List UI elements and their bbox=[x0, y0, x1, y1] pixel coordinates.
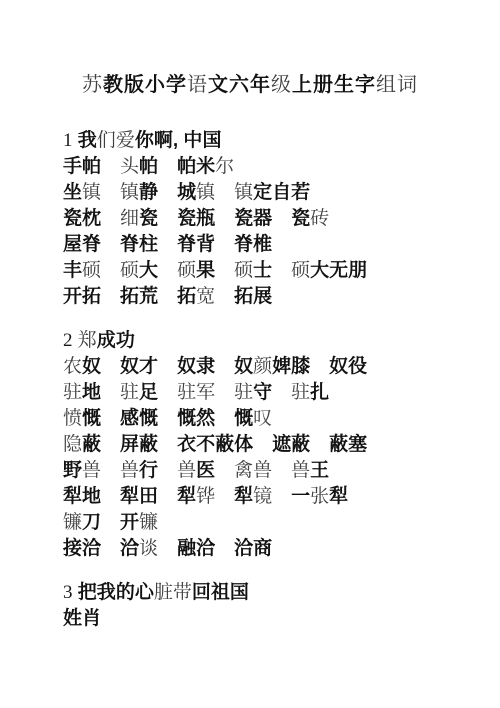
word: 瓷器 bbox=[234, 206, 272, 232]
word: 镇定自若 bbox=[234, 180, 310, 206]
content: 1 我们爱你啊, 中国手帕头帕帕米尔坐镇镇静城镇镇定自若瓷枕细瓷瓷瓶瓷器瓷砖屋脊… bbox=[63, 128, 464, 632]
word-line: 驻地驻足驻军驻守驻扎 bbox=[63, 380, 464, 406]
word: 屋脊 bbox=[63, 232, 101, 258]
word: 奴才 bbox=[120, 354, 158, 380]
word: 兽王 bbox=[291, 458, 329, 484]
word: 城镇 bbox=[177, 180, 215, 206]
word: 开镰 bbox=[120, 510, 158, 536]
word: 镰刀 bbox=[63, 510, 101, 536]
word: 禽兽 bbox=[234, 458, 272, 484]
word: 驻守 bbox=[234, 380, 272, 406]
word: 硕士 bbox=[234, 258, 272, 284]
word: 犁镜 bbox=[234, 484, 272, 510]
word: 兽行 bbox=[120, 458, 158, 484]
word: 硕果 bbox=[177, 258, 215, 284]
word-line: 瓷枕细瓷瓷瓶瓷器瓷砖 bbox=[63, 206, 464, 232]
word: 驻扎 bbox=[291, 380, 329, 406]
word: 奴隶 bbox=[177, 354, 215, 380]
word: 驻地 bbox=[63, 380, 101, 406]
word-line: 愤慨感慨慨然慨叹 bbox=[63, 406, 464, 432]
word: 硕大无朋 bbox=[291, 258, 367, 284]
word-line: 开拓拓荒拓宽拓展 bbox=[63, 284, 464, 310]
word: 奴颜婢膝 bbox=[234, 354, 310, 380]
word: 一张犁 bbox=[291, 484, 348, 510]
word-line: 农奴奴才奴隶奴颜婢膝奴役 bbox=[63, 354, 464, 380]
word: 慨然 bbox=[177, 406, 215, 432]
word-line: 犁地犁田犁铧犁镜一张犁 bbox=[63, 484, 464, 510]
word-line: 镰刀开镰 bbox=[63, 510, 464, 536]
word: 兽医 bbox=[177, 458, 215, 484]
word: 驻足 bbox=[120, 380, 158, 406]
word: 硕大 bbox=[120, 258, 158, 284]
word: 衣不蔽体 bbox=[177, 432, 253, 458]
word: 洽谈 bbox=[120, 536, 158, 562]
word-line: 坐镇镇静城镇镇定自若 bbox=[63, 180, 464, 206]
section: 3 把我的心脏带回祖国姓肖 bbox=[63, 580, 464, 632]
word-line: 野兽兽行兽医禽兽兽王 bbox=[63, 458, 464, 484]
word: 奴役 bbox=[329, 354, 367, 380]
word: 洽商 bbox=[234, 536, 272, 562]
word: 感慨 bbox=[120, 406, 158, 432]
word: 拓荒 bbox=[120, 284, 158, 310]
word: 隐蔽 bbox=[63, 432, 101, 458]
word: 开拓 bbox=[63, 284, 101, 310]
word: 接洽 bbox=[63, 536, 101, 562]
word: 镇静 bbox=[120, 180, 158, 206]
word: 屏蔽 bbox=[120, 432, 158, 458]
word: 帕米尔 bbox=[177, 154, 234, 180]
section: 1 我们爱你啊, 中国手帕头帕帕米尔坐镇镇静城镇镇定自若瓷枕细瓷瓷瓶瓷器瓷砖屋脊… bbox=[63, 128, 464, 310]
word: 融洽 bbox=[177, 536, 215, 562]
word: 野兽 bbox=[63, 458, 101, 484]
word: 驻军 bbox=[177, 380, 215, 406]
section: 2 郑成功农奴奴才奴隶奴颜婢膝奴役驻地驻足驻军驻守驻扎愤慨感慨慨然慨叹隐蔽屏蔽衣… bbox=[63, 328, 464, 562]
word-line: 姓肖 bbox=[63, 606, 464, 632]
section-heading: 1 我们爱你啊, 中国 bbox=[63, 128, 464, 154]
word: 姓肖 bbox=[63, 606, 101, 632]
page-title: 苏教版小学语文六年级上册生字组词 bbox=[0, 74, 500, 96]
word: 慨叹 bbox=[234, 406, 272, 432]
word: 拓宽 bbox=[177, 284, 215, 310]
word: 愤慨 bbox=[63, 406, 101, 432]
word: 遮蔽 bbox=[272, 432, 310, 458]
word-line: 屋脊脊柱脊背脊椎 bbox=[63, 232, 464, 258]
word: 脊柱 bbox=[120, 232, 158, 258]
word: 犁铧 bbox=[177, 484, 215, 510]
word: 拓展 bbox=[234, 284, 272, 310]
word: 脊椎 bbox=[234, 232, 272, 258]
word: 瓷瓶 bbox=[177, 206, 215, 232]
word-line: 接洽洽谈融洽洽商 bbox=[63, 536, 464, 562]
word-line: 丰硕硕大硕果硕士硕大无朋 bbox=[63, 258, 464, 284]
word: 手帕 bbox=[63, 154, 101, 180]
section-heading: 2 郑成功 bbox=[63, 328, 464, 354]
word: 脊背 bbox=[177, 232, 215, 258]
word: 坐镇 bbox=[63, 180, 101, 206]
word: 农奴 bbox=[63, 354, 101, 380]
word-line: 隐蔽屏蔽衣不蔽体遮蔽蔽塞 bbox=[63, 432, 464, 458]
word: 犁地 bbox=[63, 484, 101, 510]
word-line: 手帕头帕帕米尔 bbox=[63, 154, 464, 180]
word: 犁田 bbox=[120, 484, 158, 510]
word: 细瓷 bbox=[120, 206, 158, 232]
document-page: 苏教版小学语文六年级上册生字组词 1 我们爱你啊, 中国手帕头帕帕米尔坐镇镇静城… bbox=[0, 0, 500, 708]
section-heading: 3 把我的心脏带回祖国 bbox=[63, 580, 464, 606]
word: 蔽塞 bbox=[329, 432, 367, 458]
word: 头帕 bbox=[120, 154, 158, 180]
word: 丰硕 bbox=[63, 258, 101, 284]
word: 瓷枕 bbox=[63, 206, 101, 232]
word: 瓷砖 bbox=[291, 206, 329, 232]
